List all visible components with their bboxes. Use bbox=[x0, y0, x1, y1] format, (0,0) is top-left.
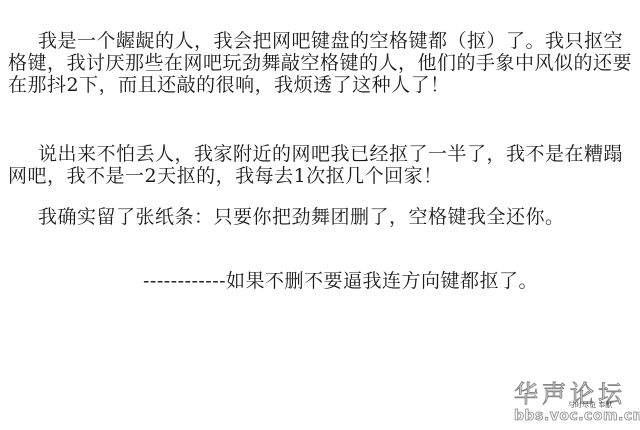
paragraph-1: 我是一个龌龊的人，我会把网吧键盘的空格键都（抠）了。我只抠空格键，我讨厌那些在网… bbox=[8, 30, 634, 96]
watermark-url: bbs.voc.com.cn bbox=[514, 408, 640, 424]
paragraph-2: 说出来不怕丢人，我家附近的网吧我已经抠了一半了，我不是在糟蹋网吧，我不是一2天抠… bbox=[8, 143, 634, 187]
signature-line: ------------如果不删不要逼我连方向键都抠了。 bbox=[143, 270, 640, 292]
paragraph-3: 我确实留了张纸条：只要你把劲舞团删了，空格键我全还你。 bbox=[38, 206, 638, 228]
forum-watermark: 华声论坛 与时尽览 奉献 bbs.voc.com.cn bbox=[510, 374, 635, 426]
